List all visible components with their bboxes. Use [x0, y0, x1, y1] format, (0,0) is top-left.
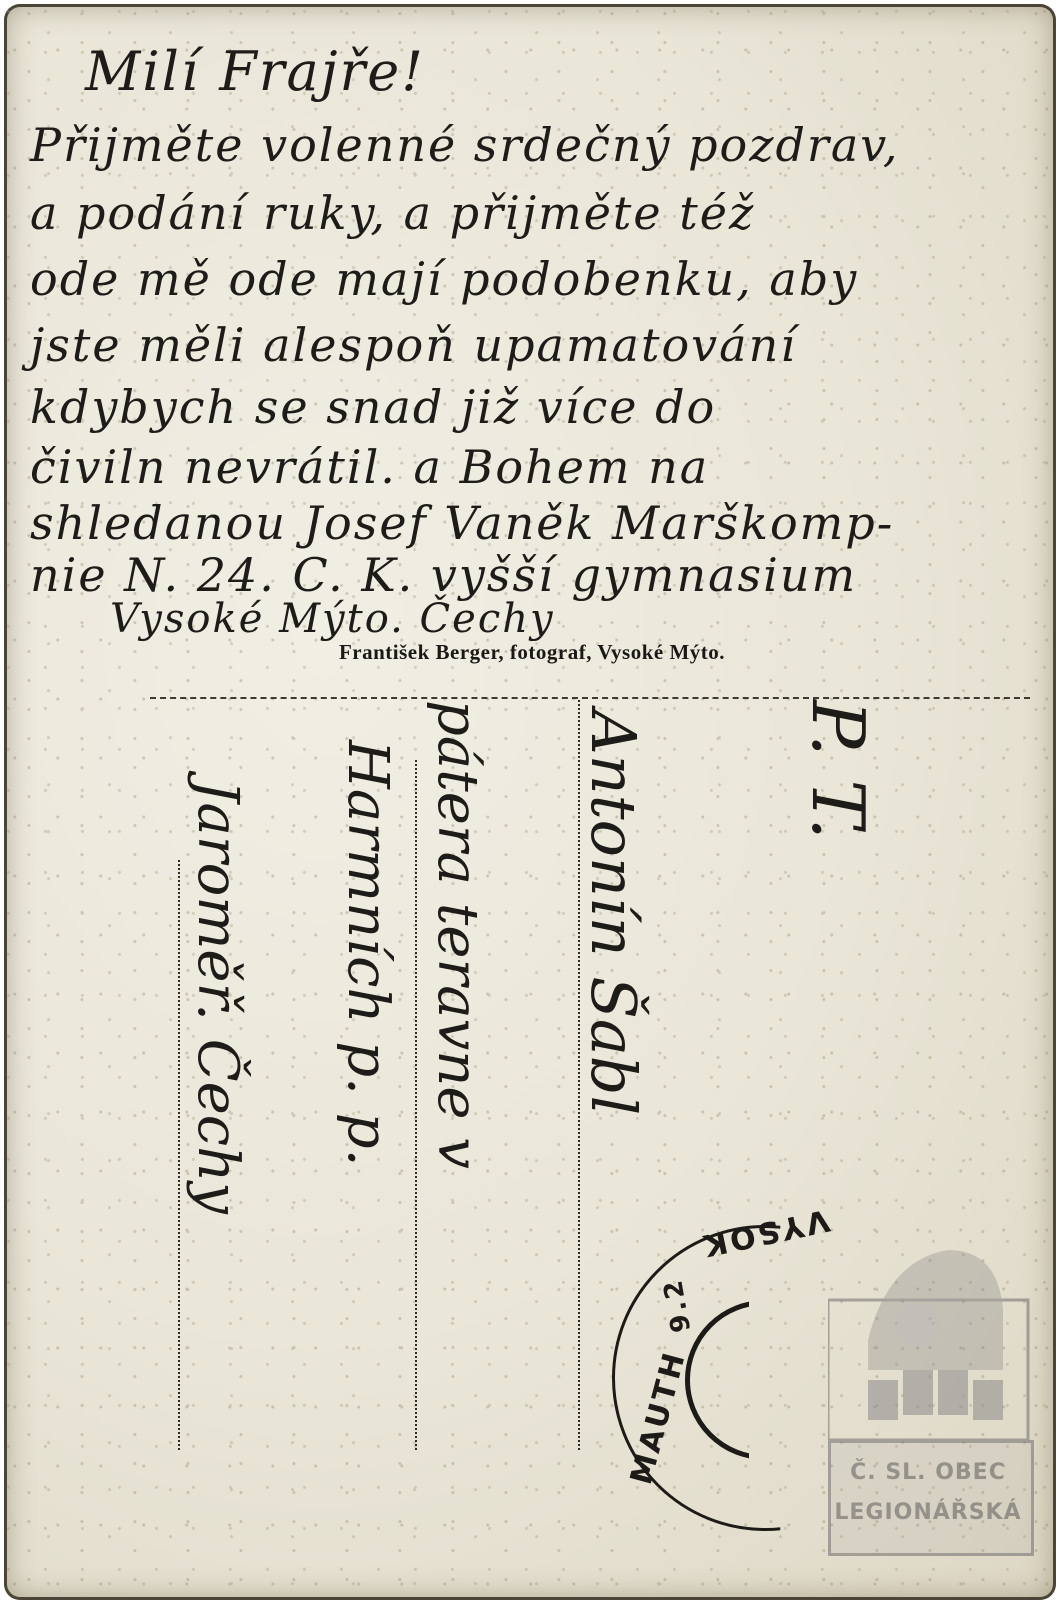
watermark-line-2: LEGIONÁŘSKÁ: [828, 1500, 1028, 1525]
message-line: shledanou Josef Vaněk Marškomp-: [30, 496, 894, 550]
legion-watermark: Č. SL. OBEC LEGIONÁŘSKÁ: [828, 1240, 1040, 1560]
message-line: nie N. 24. C. K. vyšší gymnasium: [30, 548, 857, 602]
message-line: Vysoké Mýto. Čechy: [110, 596, 555, 642]
message-line: ode mě ode mají podobenku, aby: [30, 252, 858, 306]
message-line: Přijměte volenné srdečný pozdrav,: [30, 118, 899, 172]
photographer-imprint: František Berger, fotograf, Vysoké Mýto.: [0, 640, 1064, 665]
message-line: kdybych se snad již více do: [30, 380, 716, 434]
address-prefix: P. T.: [796, 700, 880, 840]
address-guide-line: [178, 860, 180, 1450]
message-line: čiviln nevrátil. a Bohem na: [30, 440, 709, 494]
address-guide-line: [415, 760, 417, 1450]
address-line: Antonín Šabl: [577, 710, 650, 1115]
address-divider: [150, 697, 1030, 699]
address-line: Jaroměř. Čechy: [185, 780, 250, 1214]
address-line: pátera teravne v: [425, 700, 490, 1169]
message-salutation: Milí Frajře!: [85, 40, 425, 103]
message-line: a podání ruky, a přijměte též: [30, 186, 755, 240]
watermark-label-box: [828, 1440, 1034, 1556]
watermark-line-1: Č. SL. OBEC: [828, 1460, 1028, 1485]
address-line: Harmních p. p.: [335, 740, 400, 1166]
message-line: jste měli alespoň upamatování: [30, 318, 797, 372]
soldier-emblem-icon: [828, 1240, 1040, 1440]
